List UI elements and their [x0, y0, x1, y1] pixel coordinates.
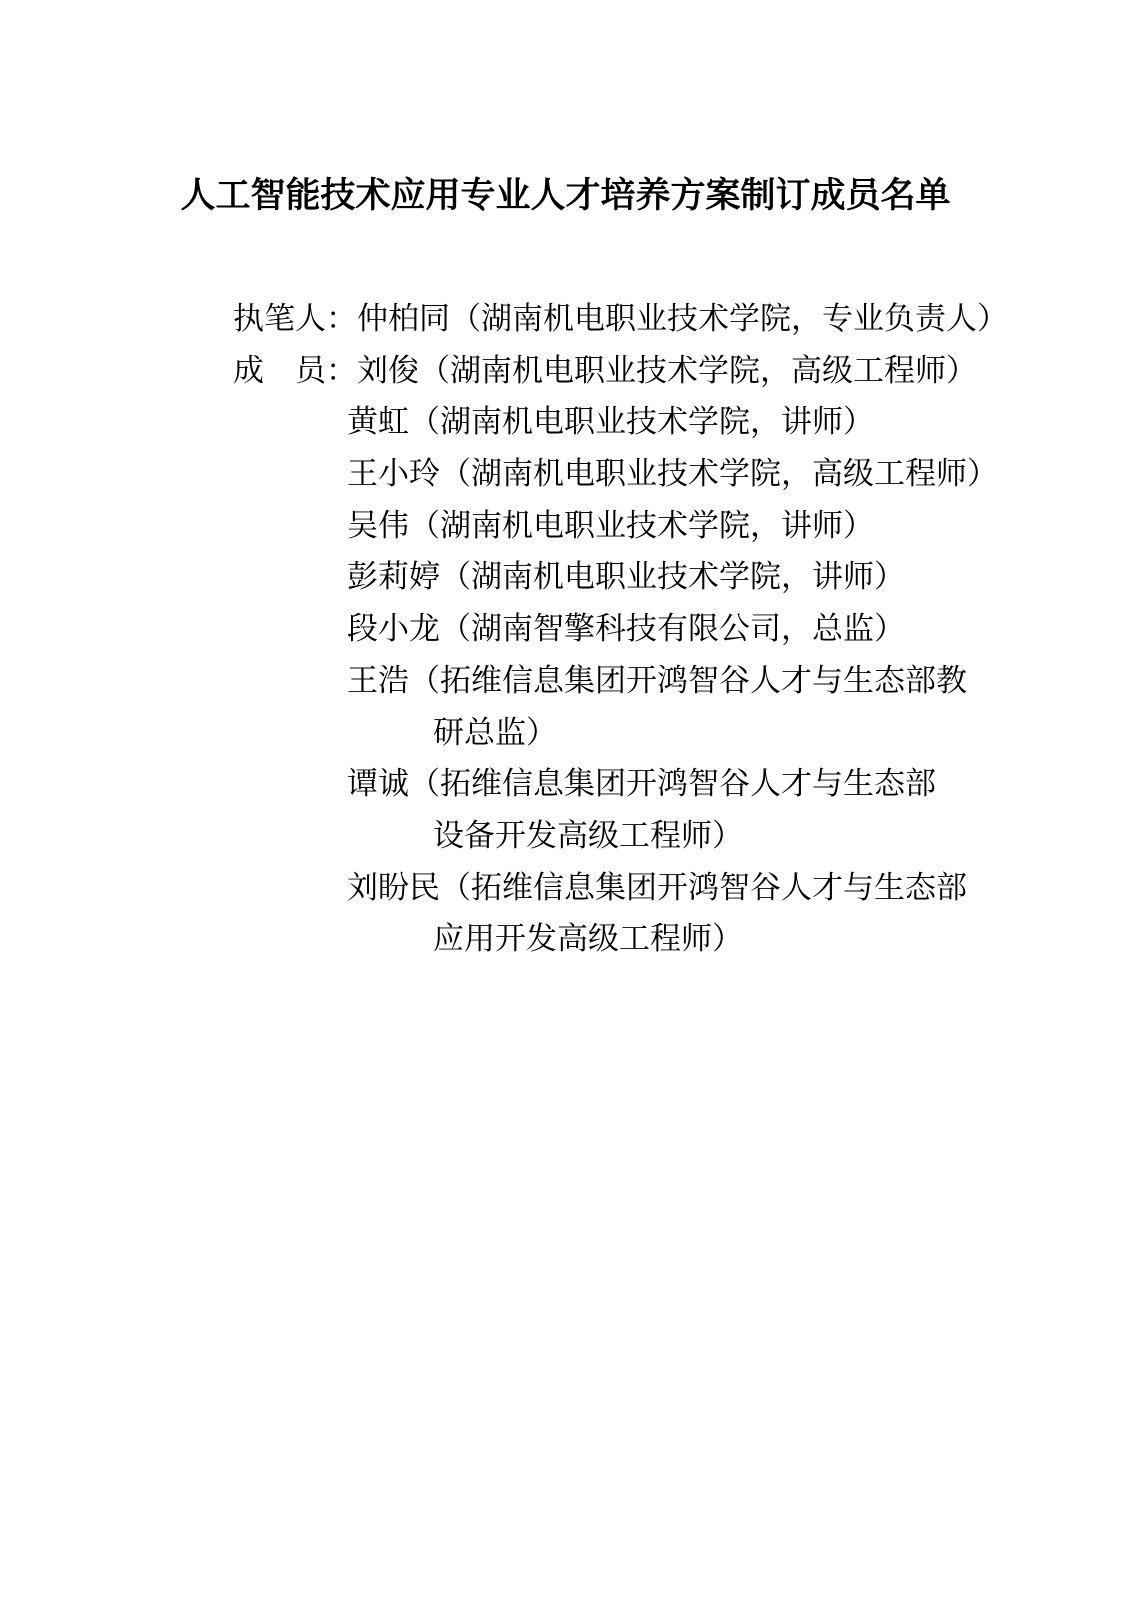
member-value: 研总监） [433, 715, 557, 750]
document-title: 人工智能技术应用专业人才培养方案制订成员名单 [0, 174, 1131, 218]
member-line: 成 员：刘俊（湖南机电职业技术学院，高级工程师） [233, 345, 1023, 397]
member-line: 王小玲（湖南机电职业技术学院，高级工程师） [233, 448, 1023, 500]
writer-value: 仲柏同（湖南机电职业技术学院，专业负责人） [357, 301, 1008, 336]
member-value: 刘盼民（拓维信息集团开鸿智谷人才与生态部 [347, 870, 967, 905]
member-value: 王小玲（湖南机电职业技术学院，高级工程师） [347, 456, 998, 491]
member-line: 黄虹（湖南机电职业技术学院，讲师） [233, 396, 1023, 448]
member-line: 谭诚（拓维信息集团开鸿智谷人才与生态部 [233, 758, 1023, 810]
member-value: 应用开发高级工程师） [433, 921, 743, 956]
writer-line: 执笔人：仲柏同（湖南机电职业技术学院，专业负责人） [233, 293, 1023, 345]
member-line: 吴伟（湖南机电职业技术学院，讲师） [233, 500, 1023, 552]
document-page: 人工智能技术应用专业人才培养方案制订成员名单 执笔人：仲柏同（湖南机电职业技术学… [0, 0, 1131, 1600]
member-value: 黄虹（湖南机电职业技术学院，讲师） [347, 404, 874, 439]
member-line: 刘盼民（拓维信息集团开鸿智谷人才与生态部 [233, 862, 1023, 914]
member-line: 王浩（拓维信息集团开鸿智谷人才与生态部教 [233, 655, 1023, 707]
writer-role-label: 执笔人： [233, 293, 357, 345]
members-role-label: 成 员： [233, 345, 357, 397]
member-value: 谭诚（拓维信息集团开鸿智谷人才与生态部 [347, 766, 936, 801]
member-value: 吴伟（湖南机电职业技术学院，讲师） [347, 508, 874, 543]
member-value: 设备开发高级工程师） [433, 818, 743, 853]
member-value: 刘俊（湖南机电职业技术学院，高级工程师） [357, 353, 977, 388]
member-line-continuation: 研总监） [233, 707, 1023, 759]
member-line: 彭莉婷（湖南机电职业技术学院，讲师） [233, 551, 1023, 603]
member-line-continuation: 设备开发高级工程师） [233, 810, 1023, 862]
member-line: 段小龙（湖南智擎科技有限公司，总监） [233, 603, 1023, 655]
member-value: 段小龙（湖南智擎科技有限公司，总监） [347, 611, 905, 646]
member-list: 执笔人：仲柏同（湖南机电职业技术学院，专业负责人） 成 员：刘俊（湖南机电职业技… [233, 293, 1023, 965]
member-line-continuation: 应用开发高级工程师） [233, 913, 1023, 965]
member-value: 王浩（拓维信息集团开鸿智谷人才与生态部教 [347, 663, 967, 698]
member-value: 彭莉婷（湖南机电职业技术学院，讲师） [347, 559, 905, 594]
